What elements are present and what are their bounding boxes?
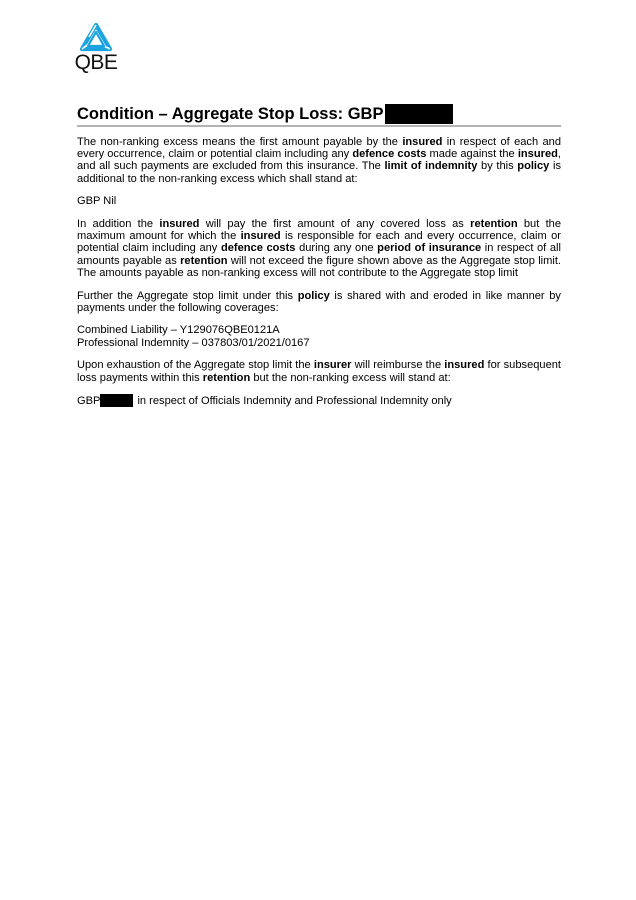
defined-term: insured — [518, 148, 558, 160]
defined-term: insured — [402, 136, 442, 148]
text-run: The non-ranking excess means the first a… — [77, 136, 402, 148]
text-run: will pay the first amount of any covered… — [199, 218, 470, 230]
defined-term: insured — [444, 359, 484, 371]
defined-term: insured — [159, 218, 199, 230]
redacted-amount — [385, 104, 453, 124]
qbe-triangle-icon — [79, 22, 113, 52]
defined-term: period of insurance — [377, 242, 481, 254]
document-body: The non-ranking excess means the first a… — [77, 136, 561, 418]
paragraph-non-ranking-excess: The non-ranking excess means the first a… — [77, 136, 561, 185]
gbp-label: GBP — [77, 395, 100, 407]
defined-term: limit of indemnity — [384, 160, 477, 172]
defined-term: insurer — [314, 359, 352, 371]
defined-term: defence costs — [352, 148, 426, 160]
coverage-list: Combined Liability – Y129076QBE0121A Pro… — [77, 324, 561, 348]
logo-text: QBE — [73, 52, 119, 74]
defined-term: policy — [298, 290, 330, 302]
redacted-amount-small — [100, 394, 133, 407]
text-run: during any one — [295, 242, 377, 254]
paragraph-exhaustion: Upon exhaustion of the Aggregate stop li… — [77, 359, 561, 383]
text-run: but the non-ranking excess will stand at… — [250, 372, 450, 384]
defined-term: retention — [180, 255, 227, 267]
defined-term: retention — [203, 372, 250, 384]
section-heading: Condition – Aggregate Stop Loss: GBP — [77, 104, 561, 127]
defined-term: policy — [517, 160, 549, 172]
paragraph-officials-indemnity: GBPin respect of Officials Indemnity and… — [77, 394, 561, 407]
defined-term: retention — [470, 218, 517, 230]
text-run: by this — [477, 160, 517, 172]
text-run: will reimburse the — [351, 359, 444, 371]
coverage-professional-indemnity: Professional Indemnity – 037803/01/2021/… — [77, 337, 310, 349]
paragraph-gbp-nil: GBP Nil — [77, 195, 561, 207]
text-run: Upon exhaustion of the Aggregate stop li… — [77, 359, 314, 371]
paragraph-retention: In addition the insured will pay the fir… — [77, 218, 561, 279]
text-run: In addition the — [77, 218, 159, 230]
heading-text: Condition – Aggregate Stop Loss: GBP — [77, 105, 383, 123]
defined-term: defence costs — [221, 242, 296, 254]
officials-indemnity-text: in respect of Officials Indemnity and Pr… — [137, 395, 451, 407]
defined-term: insured — [241, 230, 281, 242]
coverage-combined-liability: Combined Liability – Y129076QBE0121A — [77, 324, 280, 336]
qbe-logo: QBE — [73, 22, 119, 74]
text-run: Further the Aggregate stop limit under t… — [77, 290, 298, 302]
paragraph-shared-limit: Further the Aggregate stop limit under t… — [77, 290, 561, 314]
text-run: made against the — [426, 148, 517, 160]
